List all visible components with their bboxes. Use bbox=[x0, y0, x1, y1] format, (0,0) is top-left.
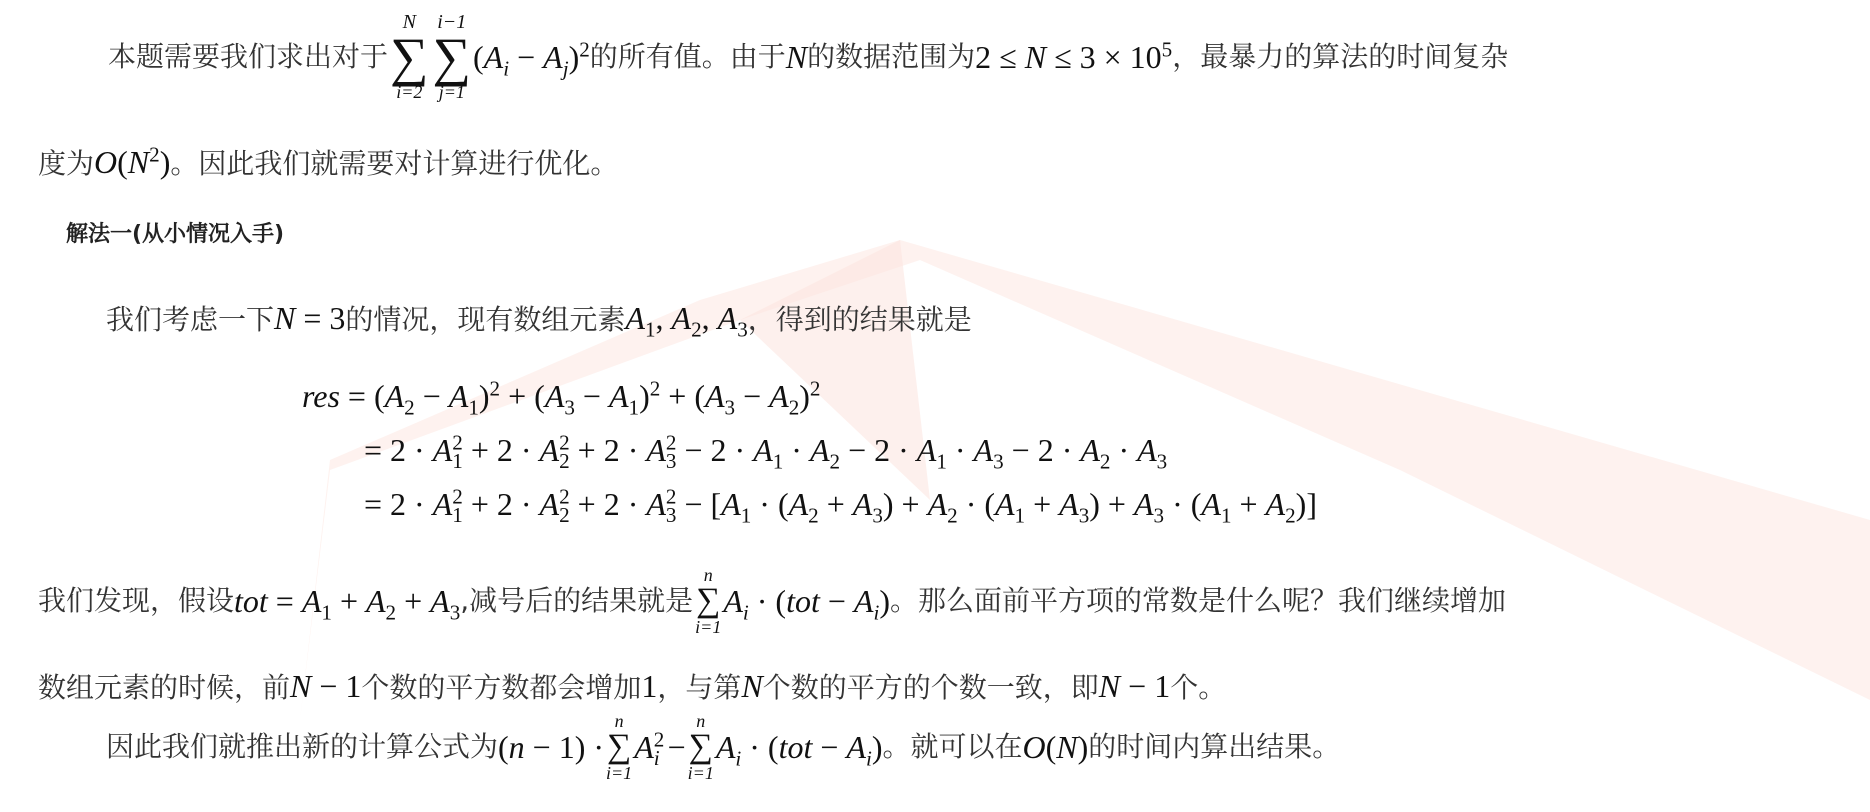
sum-symbol: n ∑ i=1 bbox=[695, 566, 721, 636]
equation-row-1: res = (A2 − A1)2 + (A3 − A1)2 + (A3 − A2… bbox=[302, 380, 820, 412]
summand-math: (Ai − Aj)2 bbox=[473, 41, 590, 73]
n-minus-1-math: N − 1 bbox=[290, 668, 361, 704]
cond-n-equals-3: N = 3 bbox=[274, 300, 345, 336]
products-term: Ai · (tot − Ai) bbox=[716, 731, 883, 763]
n-minus-1-math-2: N − 1 bbox=[1099, 668, 1170, 704]
paragraph-small-case: 我们考虑一下N = 3的情况，现有数组元素A1, A2, A3，得到的结果就是 bbox=[106, 302, 972, 334]
complexity-linear: O(N) bbox=[1022, 731, 1088, 763]
complexity-n-squared: O(N2) bbox=[94, 144, 170, 180]
sum-inner-symbol: i−1 ∑ j=1 bbox=[433, 12, 472, 101]
elements-math: A1, A2, A3 bbox=[625, 300, 747, 336]
intro-prefix: 本题需要我们求出对于 bbox=[108, 43, 388, 71]
paragraph-intro-line2: 度为O(N2)。因此我们就需要对计算进行优化。 bbox=[38, 146, 618, 178]
tot-definition: tot = A1 + A2 + A3 bbox=[234, 585, 460, 617]
coef-math: (n − 1) · bbox=[498, 731, 604, 763]
range-math: 2 ≤ N ≤ 3 × 105 bbox=[975, 41, 1172, 73]
squares-term: A2i − bbox=[634, 731, 685, 763]
sum-symbol-products: n ∑ i=1 bbox=[688, 712, 714, 782]
sum-symbol-squares: n ∑ i=1 bbox=[606, 712, 632, 782]
paragraph-discovery-line2: 数组元素的时候，前N − 1个数的平方数都会增加1，与第N个数的平方的个数一致，… bbox=[38, 670, 1226, 702]
paragraph-discovery-line1: 我们发现，假设 tot = A1 + A2 + A3 ,减号后的结果就是 n ∑… bbox=[38, 566, 1506, 636]
paragraph-intro-line1: 本题需要我们求出对于 N ∑ i=2 i−1 ∑ j=1 (Ai − Aj)2 … bbox=[108, 12, 1508, 101]
summand-tot-math: Ai · (tot − Ai) bbox=[723, 585, 890, 617]
sum-outer-symbol: N ∑ i=2 bbox=[390, 12, 429, 101]
paragraph-formula: 因此我们就推出新的计算公式为 (n − 1) · n ∑ i=1 A2i − n… bbox=[106, 712, 1340, 782]
equation-row-2: = 2 · A21 + 2 · A22 + 2 · A23 − 2 · A1 ·… bbox=[364, 434, 1167, 466]
section-heading: 解法一(从小情况入手) bbox=[66, 224, 284, 246]
equation-row-3: = 2 · A21 + 2 · A22 + 2 · A23 − [A1 · (A… bbox=[364, 488, 1317, 520]
